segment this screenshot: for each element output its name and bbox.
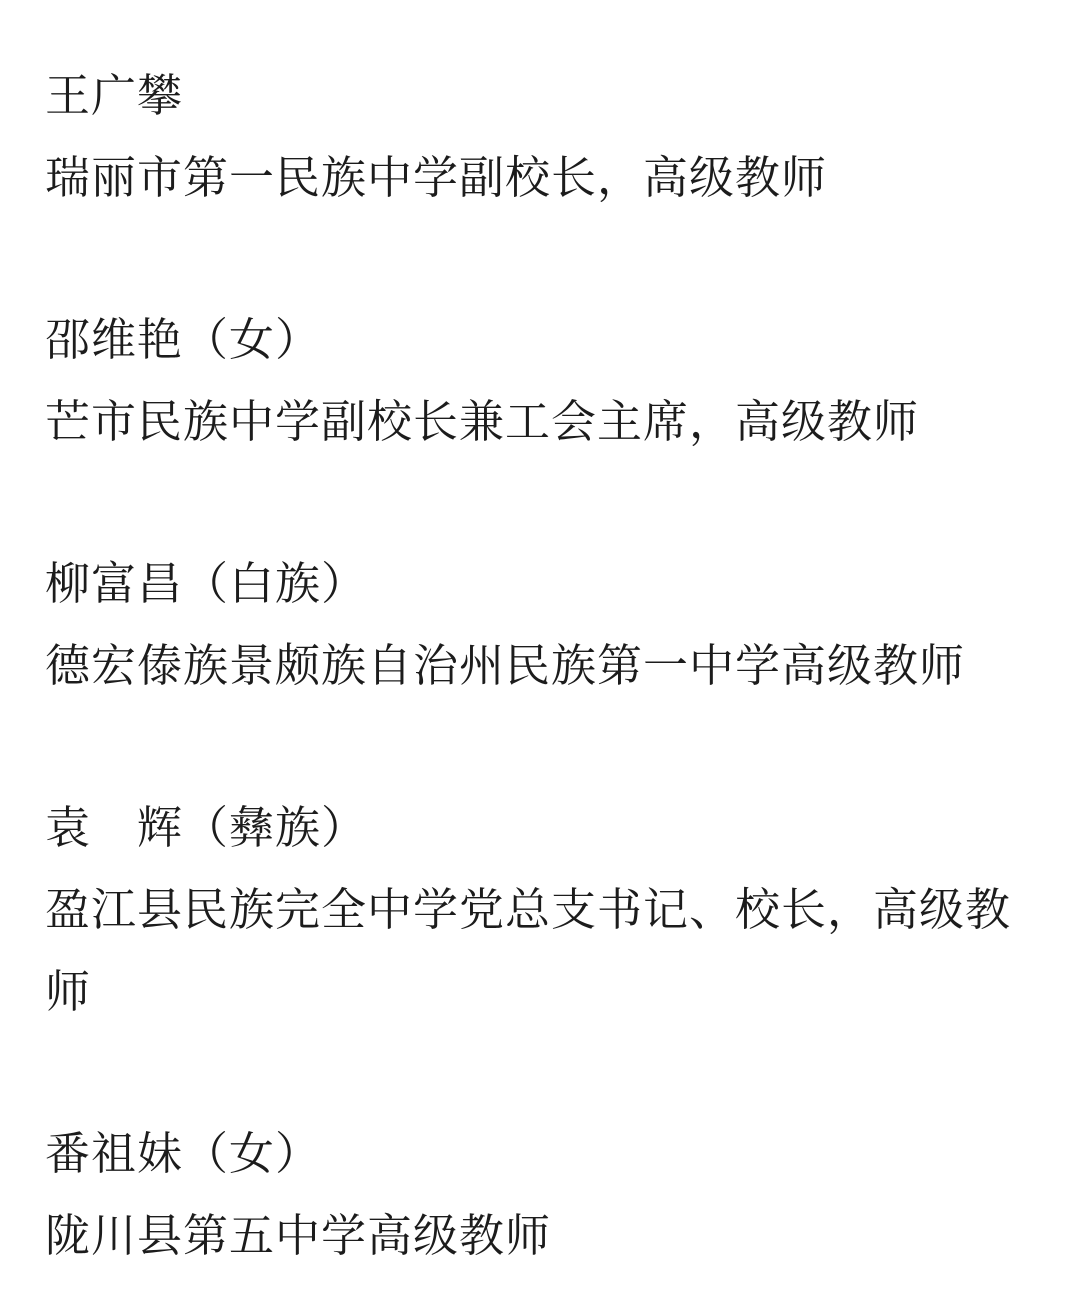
person-entry: 邵维艳（女） 芒市民族中学副校长兼工会主席，高级教师 — [45, 299, 1022, 463]
person-name: 邵维艳（女） — [45, 299, 1022, 381]
person-title: 陇川县第五中学高级教师 — [45, 1195, 1022, 1277]
person-title: 芒市民族中学副校长兼工会主席，高级教师 — [45, 381, 1022, 463]
person-name: 柳富昌（白族） — [45, 543, 1022, 625]
person-name: 袁 辉（彝族） — [45, 787, 1022, 869]
document-page: 王广攀 瑞丽市第一民族中学副校长，高级教师 邵维艳（女） 芒市民族中学副校长兼工… — [0, 0, 1067, 1296]
person-entry: 柳富昌（白族） 德宏傣族景颇族自治州民族第一中学高级教师 — [45, 543, 1022, 707]
person-entry: 王广攀 瑞丽市第一民族中学副校长，高级教师 — [45, 55, 1022, 219]
person-name: 王广攀 — [45, 55, 1022, 137]
person-title: 瑞丽市第一民族中学副校长，高级教师 — [45, 137, 1022, 219]
person-name: 番祖妹（女） — [45, 1113, 1022, 1195]
person-entry: 番祖妹（女） 陇川县第五中学高级教师 — [45, 1113, 1022, 1277]
person-entry: 袁 辉（彝族） 盈江县民族完全中学党总支书记、校长，高级教师 — [45, 787, 1022, 1033]
person-title: 德宏傣族景颇族自治州民族第一中学高级教师 — [45, 625, 1022, 707]
person-title: 盈江县民族完全中学党总支书记、校长，高级教师 — [45, 869, 1022, 1033]
